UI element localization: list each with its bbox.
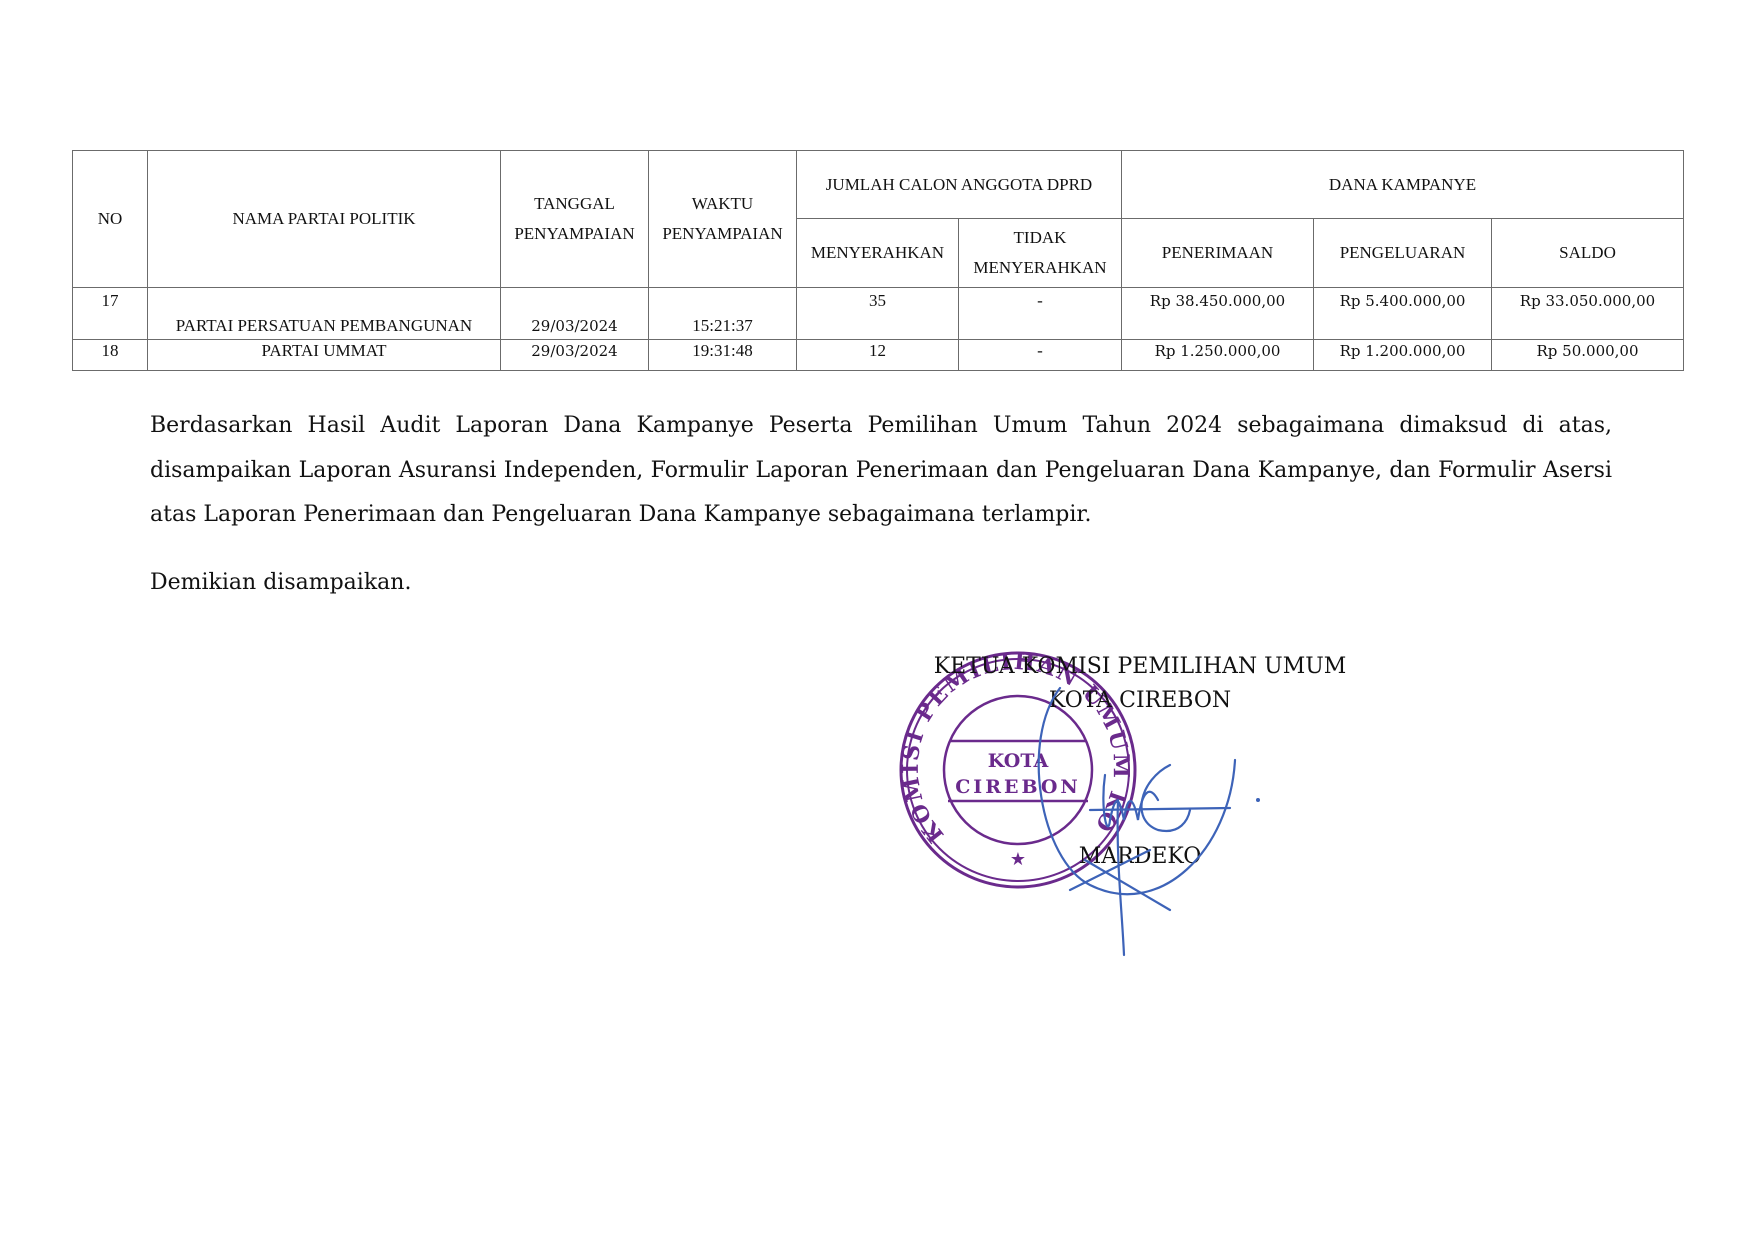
header-date-line1: TANGGAL — [505, 189, 644, 219]
header-party-name: NAMA PARTAI POLITIK — [148, 151, 501, 288]
cell-expenditures: Rp 1.200.000,00 — [1314, 340, 1492, 371]
header-time-line2: PENYAMPAIAN — [653, 219, 792, 249]
header-not-submitted-line1: TIDAK — [963, 223, 1117, 253]
header-no: NO — [73, 151, 148, 288]
header-receipts: PENERIMAAN — [1122, 219, 1314, 288]
header-submitted: MENYERAHKAN — [797, 219, 959, 288]
cell-party: PARTAI PERSATUAN PEMBANGUNAN — [148, 288, 501, 340]
header-time-line1: WAKTU — [653, 189, 792, 219]
cell-submitted: 35 — [797, 288, 959, 340]
signatory-title-line1: KETUA KOMISI PEMILIHAN UMUM — [880, 650, 1400, 684]
header-not-submitted-line2: MENYERAHKAN — [963, 253, 1117, 283]
header-expenditures: PENGELUARAN — [1314, 219, 1492, 288]
header-time: WAKTU PENYAMPAIAN — [649, 151, 797, 288]
cell-submitted: 12 — [797, 340, 959, 371]
cell-balance: Rp 33.050.000,00 — [1492, 288, 1684, 340]
body-paragraph: Berdasarkan Hasil Audit Laporan Dana Kam… — [150, 404, 1612, 538]
header-date-line2: PENYAMPAIAN — [505, 219, 644, 249]
cell-not-submitted: - — [959, 288, 1122, 340]
cell-receipts: Rp 38.450.000,00 — [1122, 288, 1314, 340]
header-funds-group: DANA KAMPANYE — [1122, 151, 1684, 219]
table-row: 18 PARTAI UMMAT 29/03/2024 19:31:48 12 -… — [73, 340, 1684, 371]
cell-time: 15:21:37 — [649, 288, 797, 340]
cell-receipts: Rp 1.250.000,00 — [1122, 340, 1314, 371]
cell-date: 29/03/2024 — [501, 288, 649, 340]
closing-line: Demikian disampaikan. — [150, 561, 1612, 606]
cell-no: 18 — [73, 340, 148, 371]
table-row: 17 PARTAI PERSATUAN PEMBANGUNAN 29/03/20… — [73, 288, 1684, 340]
header-date: TANGGAL PENYAMPAIAN — [501, 151, 649, 288]
cell-expenditures: Rp 5.400.000,00 — [1314, 288, 1492, 340]
cell-party: PARTAI UMMAT — [148, 340, 501, 371]
header-balance: SALDO — [1492, 219, 1684, 288]
cell-balance: Rp 50.000,00 — [1492, 340, 1684, 371]
cell-no: 17 — [73, 288, 148, 340]
handwritten-signature-icon — [1030, 680, 1310, 960]
cell-time: 19:31:48 — [649, 340, 797, 371]
cell-not-submitted: - — [959, 340, 1122, 371]
cell-date: 29/03/2024 — [501, 340, 649, 371]
header-candidates-group: JUMLAH CALON ANGGOTA DPRD — [797, 151, 1122, 219]
campaign-fund-table: NO NAMA PARTAI POLITIK TANGGAL PENYAMPAI… — [72, 150, 1684, 371]
header-not-submitted: TIDAK MENYERAHKAN — [959, 219, 1122, 288]
